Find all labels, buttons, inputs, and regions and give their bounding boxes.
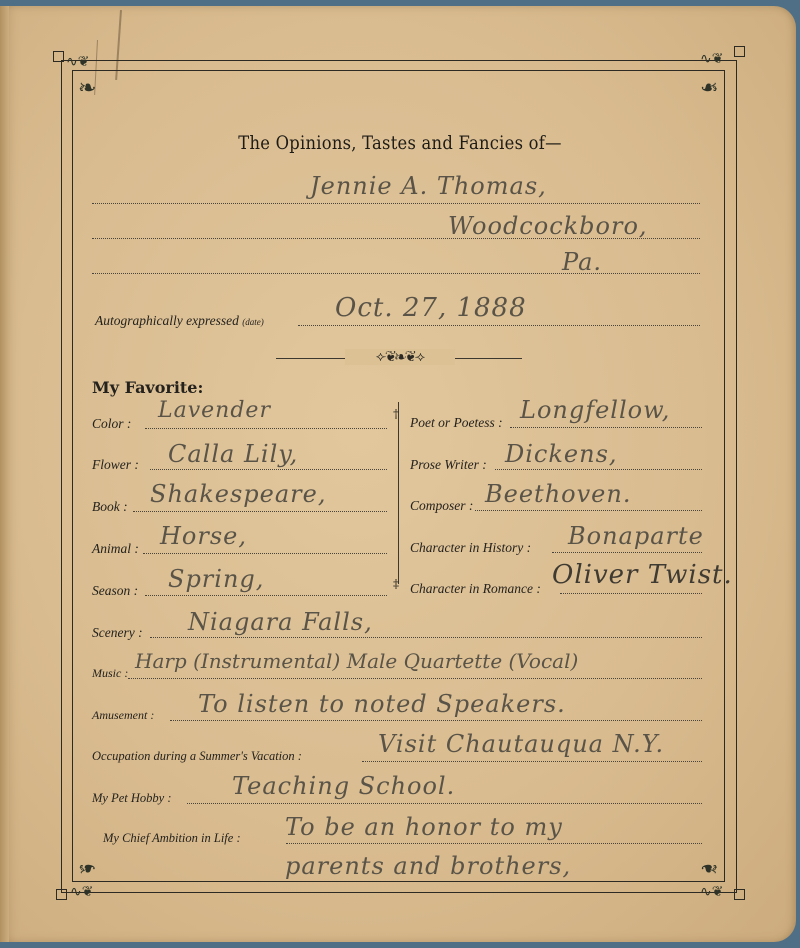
summer-vacation-value: Visit Chautauqua N.Y. — [378, 730, 664, 758]
season-value: Spring, — [168, 565, 264, 593]
owner-town: Woodcockboro, — [448, 212, 648, 240]
vine-ornament-bottom-right-icon: ∿❦ — [700, 885, 723, 899]
laurel-divider-icon: ⟣❦❧❦⟢ — [345, 349, 455, 365]
pet-hobby-value: Teaching School. — [232, 772, 455, 800]
owner-name: Jennie A. Thomas, — [310, 172, 547, 200]
date-line — [298, 325, 700, 326]
corner-square-top-left — [53, 51, 64, 62]
composer-label: Composer : — [410, 498, 473, 514]
date-label-text: Autographically expressed — [95, 313, 239, 328]
book-label: Book : — [92, 499, 128, 515]
date-label: Autographically expressed (date) — [95, 313, 264, 329]
amusement-value: To listen to noted Speakers. — [198, 690, 566, 718]
corner-square-top-right — [734, 46, 745, 57]
flower-line — [150, 469, 387, 470]
column-divider-bottom-icon: ‡ — [393, 577, 399, 591]
column-divider-top-icon: † — [393, 407, 399, 421]
amusement-label: Amusement : — [92, 708, 154, 723]
composer-line — [475, 510, 702, 511]
poet-label: Poet or Poetess : — [410, 415, 503, 431]
composer-value: Beethoven. — [485, 480, 631, 508]
chief-ambition-label: My Chief Ambition in Life : — [103, 831, 241, 846]
character-romance-label: Character in Romance : — [410, 581, 541, 597]
book-value: Shakespeare, — [150, 480, 326, 508]
music-label: Music : — [92, 666, 128, 681]
pet-hobby-line — [187, 803, 702, 804]
animal-value: Horse, — [160, 522, 247, 550]
scenery-value: Niagara Falls, — [188, 608, 373, 636]
chief-ambition-value: To be an honor to my — [285, 813, 563, 841]
vine-ornament-bottom-left-icon: ∿❦ — [70, 885, 93, 899]
page-title: The Opinions, Tastes and Fancies of— — [56, 132, 744, 154]
leaf-ornament-top-left-icon: ❧ — [78, 78, 96, 100]
character-history-label: Character in History : — [410, 540, 531, 556]
vine-ornament-top-right-icon: ∿❦ — [700, 52, 723, 66]
music-line — [128, 678, 702, 679]
flower-value: Calla Lily, — [168, 440, 298, 468]
character-romance-value: Oliver Twist. — [552, 560, 733, 590]
favorites-heading: My Favorite: — [92, 378, 203, 397]
owner-state: Pa. — [562, 248, 602, 276]
flower-label: Flower : — [92, 457, 139, 473]
name-line — [92, 203, 700, 204]
date-sub-label: (date) — [242, 317, 264, 327]
poet-line — [510, 427, 702, 428]
prose-writer-value: Dickens, — [505, 440, 618, 468]
animal-label: Animal : — [92, 541, 139, 557]
leaf-ornament-bottom-right-icon: ❧ — [700, 856, 718, 878]
page-spine — [0, 6, 9, 942]
season-label: Season : — [92, 583, 138, 599]
vine-ornament-top-left-icon: ∿❦ — [66, 55, 89, 69]
season-line — [145, 595, 387, 596]
color-line — [145, 428, 387, 429]
leaf-ornament-top-right-icon: ❧ — [700, 78, 718, 100]
character-history-value: Bonaparte — [568, 522, 704, 550]
book-line — [133, 511, 387, 512]
color-value: Lavender — [158, 398, 271, 423]
poet-value: Longfellow, — [520, 396, 670, 424]
column-divider — [398, 402, 399, 584]
prose-writer-label: Prose Writer : — [410, 457, 487, 473]
scenery-line — [150, 637, 702, 638]
chief-ambition-line — [286, 843, 702, 844]
color-label: Color : — [92, 416, 131, 432]
character-history-line — [552, 552, 702, 553]
corner-square-bottom-left — [56, 889, 67, 900]
leaf-ornament-bottom-left-icon: ❧ — [78, 856, 96, 878]
scenery-label: Scenery : — [92, 625, 143, 641]
animal-line — [143, 553, 387, 554]
prose-writer-line — [495, 469, 702, 470]
date-value: Oct. 27, 1888 — [335, 293, 527, 323]
chief-ambition-value-line2: parents and brothers, — [285, 852, 571, 880]
pet-hobby-label: My Pet Hobby : — [92, 791, 171, 806]
amusement-line — [170, 720, 702, 721]
state-line — [92, 273, 700, 274]
summer-vacation-label: Occupation during a Summer's Vacation : — [92, 749, 302, 764]
corner-square-bottom-right — [734, 889, 745, 900]
music-value: Harp (Instrumental) Male Quartette (Voca… — [135, 649, 578, 673]
summer-vacation-line — [362, 761, 702, 762]
character-romance-line — [560, 593, 702, 594]
